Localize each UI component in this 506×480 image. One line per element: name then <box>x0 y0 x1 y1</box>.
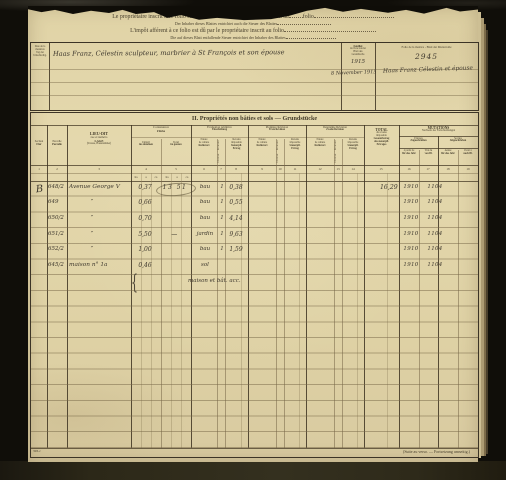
col-number-3: 3 <box>98 167 100 171</box>
col-header-evaluation-primitive: Évaluation primitive Einschätzung <box>191 126 248 132</box>
col-number-16: 16 <box>407 167 410 171</box>
row5-mut_annee: 1910 <box>400 246 422 252</box>
row6-nature: sol <box>190 262 220 268</box>
unit-label: ha <box>135 175 138 179</box>
unit-label: ca <box>186 175 189 179</box>
unit-label: ca <box>155 175 158 179</box>
subheader-mut-annee-sortie: Année für das Jahr <box>438 150 458 156</box>
row5-parcelle: 652/2 <box>48 246 67 252</box>
subheader-nature-1: Nature de culture Kulturart <box>191 139 217 148</box>
feuillet-value-handwriting: 1915 <box>341 59 375 65</box>
unit-label: ha <box>166 175 169 179</box>
subheader-mut-annee-entree: à partir de für das Jahr <box>399 150 419 156</box>
row3-revenu: 4,14 <box>222 215 250 222</box>
row5-mut_folio: 1104 <box>421 246 449 252</box>
page-stack-edge <box>486 30 488 454</box>
subheader-sorties: Sorties Abgeschrieben <box>438 137 478 143</box>
form-number: 393-c <box>33 450 41 454</box>
subheader-revenu-1: Revenu imposable Steuerpfl. Ertrag <box>225 139 248 151</box>
col-number-1: 1 <box>38 167 40 171</box>
folio-owner-note-handwriting: Haas Franz Célestin et épouse <box>383 65 473 74</box>
col-number-5: 5 <box>175 167 177 171</box>
subheader-mut-tire-du: Tiré du von Bl. <box>419 150 438 156</box>
dotted-leader <box>286 34 336 39</box>
col-number-18: 18 <box>446 167 449 171</box>
col-number-10: 10 <box>278 167 281 171</box>
col-header-section: Section Flur <box>31 140 47 146</box>
subheader-classe-3: Classe · Klasse <box>334 139 342 163</box>
col-number-8: 8 <box>235 167 237 171</box>
row3-lieu_ditto: ″ <box>83 215 101 222</box>
col-number-15: 15 <box>379 167 382 171</box>
col-header-premiere-revision: Première Révision Erste Revision <box>248 126 306 132</box>
dotted-leader <box>314 13 394 18</box>
col-number-2: 2 <box>56 167 58 171</box>
parcel-rows-area: B648/2Avenue George V0,3713 51bau10,3816… <box>31 181 478 448</box>
col-number-13: 13 <box>336 167 339 171</box>
row2-parcelle: 649 <box>48 199 67 205</box>
subheader-revenu-3: Revenu imposable Steuerpfl. Ertrag <box>342 139 364 151</box>
row3-mut_folio: 1104 <box>421 215 449 221</box>
units-row: haacahaaca <box>31 173 478 181</box>
row2-revenu: 0,55 <box>222 199 250 206</box>
col-header-lieu-dit: LIEU-DIT rue et numéro LAGE (Strasse, Ha… <box>67 132 131 146</box>
folio-column-header: Folio de la matrice - Blatt der Mutterro… <box>375 46 478 49</box>
col-header-parcelle: Parcelle Parzelle <box>47 140 67 146</box>
col-header-total-revenu: TOTAL du revenu imposable Gesamtbetrag d… <box>364 128 399 146</box>
scanned-register-page: Le propriétaire inscrit à ce folio est e… <box>0 0 506 480</box>
owner-margin-note: Date de la mutation Tag der Umschreibg. <box>31 46 49 58</box>
row4-revenu: 9,63 <box>222 231 250 238</box>
continuation-note: (Suite au verso. — Fortsetzung umseitig.… <box>403 450 470 454</box>
row3-mut_annee: 1910 <box>400 215 422 221</box>
dotted-leader <box>284 27 376 32</box>
row1-parcelle: 648/2 <box>48 184 67 190</box>
row4-mut_annee: 1910 <box>400 231 422 237</box>
col-number-4: 4 <box>145 167 147 171</box>
row4-detail: 5,50 <box>131 231 159 238</box>
row4-mut_folio: 1104 <box>421 231 449 237</box>
subheader-mut-porte-a: Porté à nach Bl. <box>458 150 478 156</box>
row5-detail: 1,00 <box>131 246 159 253</box>
col-number-9: 9 <box>261 167 263 171</box>
row6-mut_folio: 1104 <box>421 262 449 268</box>
row1-revenu: 0,38 <box>222 184 250 191</box>
owner-name-handwriting: Haas Franz, Célestin sculpteur, marbrier… <box>53 48 285 58</box>
row1-lieu: Avenue George V <box>69 184 131 190</box>
col-header-contenance: Contenance Fläche <box>131 126 191 133</box>
row6-mut_annee: 1910 <box>400 262 422 268</box>
col-number-17: 17 <box>426 167 429 171</box>
row7-brace: { <box>131 270 141 295</box>
row4-total: — <box>158 231 192 238</box>
notice-fr-2: L'impôt afférent à ce folio est dû par l… <box>68 27 438 34</box>
row7-note: maison et bât. acc. <box>188 278 291 284</box>
subheader-revenu-2: Revenu imposable Steuerpfl. Ertrag <box>284 139 306 151</box>
row4-lieu_ditto: ″ <box>83 231 101 238</box>
row6-detail: 0,46 <box>131 262 159 269</box>
subheader-classe-2: Classe · Klasse <box>276 139 284 163</box>
dotted-leader <box>277 20 331 25</box>
unit-label: a <box>176 175 177 179</box>
parcels-table: II. Propriétés non bâties et sols — Grun… <box>30 112 479 458</box>
row2-detail: 0,66 <box>131 199 159 206</box>
row4-parcelle: 651/2 <box>48 231 67 237</box>
subheader-nature-2: Nature de culture Kulturart <box>248 139 276 148</box>
section-title: II. Propriétés non bâties et sols — Grun… <box>31 116 478 123</box>
row2-mut_annee: 1910 <box>400 199 422 205</box>
owner-table: Date de la mutation Tag der Umschreibg. … <box>30 42 479 111</box>
row2-mut_folio: 1104 <box>421 199 449 205</box>
row3-detail: 0,70 <box>131 215 159 222</box>
row5-revenu: 1,59 <box>222 246 250 253</box>
row6-lieu: maison n° 1a <box>69 262 131 268</box>
feuillet-column-header: Feuillet du livre foncier Blatt des Grun… <box>341 45 375 57</box>
paper-sheet: Le propriétaire inscrit à ce folio est e… <box>28 6 478 462</box>
column-numbers-row: 12345678910111213141516171819 <box>31 165 478 173</box>
row2-lieu_ditto: ″ <box>83 199 101 206</box>
scan-bottom-shadow <box>0 461 506 480</box>
col-number-6: 6 <box>203 167 205 171</box>
col-number-19: 19 <box>466 167 469 171</box>
col-header-detail: Détail im einzelnen <box>131 141 161 147</box>
row1-mut_annee: 1910 <box>400 184 422 190</box>
col-number-14: 14 <box>351 167 354 171</box>
col-number-11: 11 <box>293 167 296 171</box>
row1-mut_folio: 1104 <box>421 184 449 190</box>
col-header-deuxieme-revision: Deuxième Révision Zweite Revision <box>306 126 364 132</box>
folio-value-handwriting: 2945 <box>375 52 478 61</box>
unit-label: a <box>145 175 146 179</box>
row1-section: B <box>31 183 47 196</box>
row6-parcelle: 645/2 <box>48 262 67 268</box>
notice-de-2: Die auf dieses Blatt entfallende Steuer … <box>68 34 438 40</box>
row1-total: 13 51 <box>158 184 192 191</box>
subheader-classe-1: Classe · Klasse <box>217 139 225 163</box>
col-number-7: 7 <box>220 167 222 171</box>
subheader-entrees: Entrées Zugeschrieben <box>399 137 438 143</box>
col-number-12: 12 <box>318 167 321 171</box>
col-header-total-contenance: Total im ganzen <box>161 141 191 147</box>
col-header-mutations: MUTATIONS Nachweis der Fortschreibungen <box>399 126 478 133</box>
row1-detail: 0,37 <box>131 184 159 191</box>
feuillet-date-handwriting: 8 November 1915 <box>331 69 377 77</box>
subheader-nature-3: Nature de culture Kulturart <box>306 139 334 148</box>
row3-parcelle: 650/2 <box>48 215 67 221</box>
row5-lieu_ditto: ″ <box>83 246 101 253</box>
table-header-band: Section Flur Parcelle Parzelle LIEU-DIT … <box>31 125 478 165</box>
